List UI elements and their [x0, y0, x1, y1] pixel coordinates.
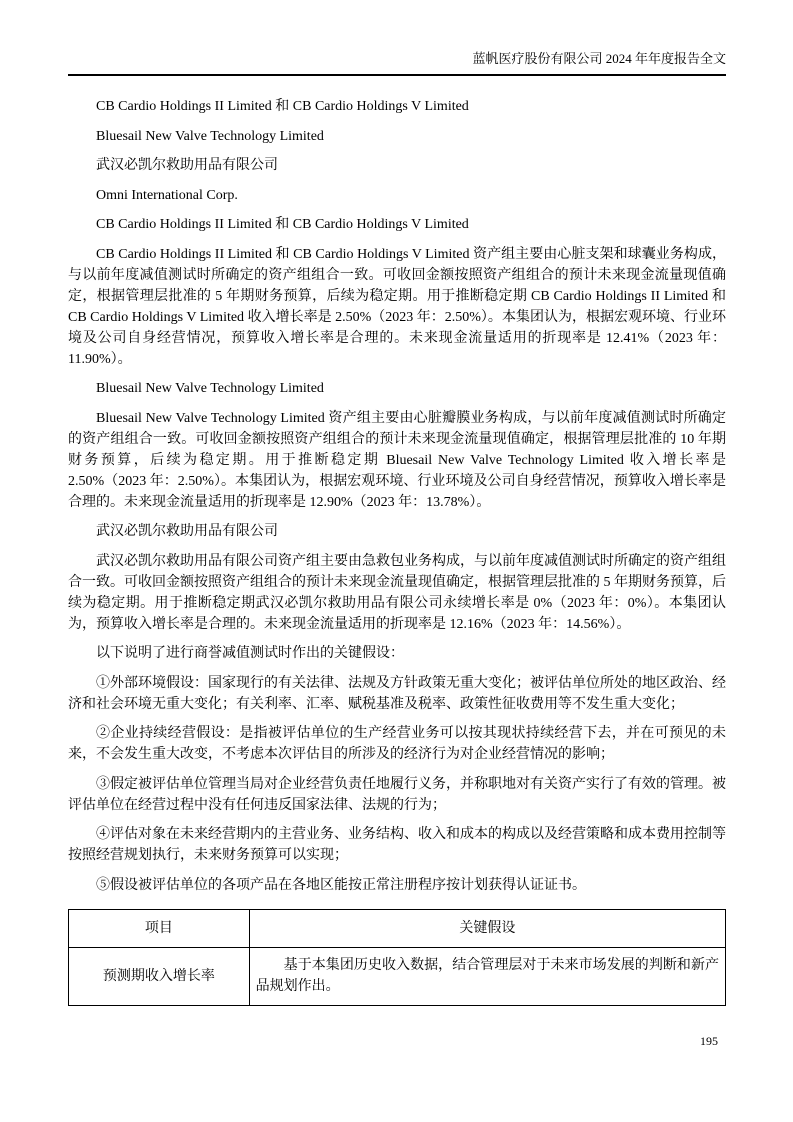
impairment-paragraph-bluesail-valve: Bluesail New Valve Technology Limited 资产… [68, 408, 726, 513]
key-assumptions-intro: 以下说明了进行商誉减值测试时作出的关键假设： [68, 643, 726, 664]
table-cell-assumption: 基于本集团历史收入数据，结合管理层对于未来市场发展的判断和新产品规划作出。 [249, 947, 725, 1005]
table-header-item: 项目 [69, 909, 250, 947]
impairment-paragraph-wuhan-bikaier: 武汉必凯尔救助用品有限公司资产组主要由急救包业务构成，与以前年度减值测试时所确定… [68, 551, 726, 635]
document-body: CB Cardio Holdings II Limited 和 CB Cardi… [68, 96, 726, 1006]
asset-group-name-cb-cardio: CB Cardio Holdings II Limited 和 CB Cardi… [68, 96, 726, 117]
page-header: 蓝帆医疗股份有限公司 2024 年年度报告全文 [68, 50, 726, 76]
table-cell-item: 预测期收入增长率 [69, 947, 250, 1005]
section-heading-wuhan-bikaier: 武汉必凯尔救助用品有限公司 [68, 521, 726, 542]
page-number: 195 [700, 1034, 718, 1048]
key-assumptions-table: 项目 关键假设 预测期收入增长率 基于本集团历史收入数据，结合管理层对于未来市场… [68, 909, 726, 1006]
assumption-item-5: ⑤假设被评估单位的各项产品在各地区能按正常注册程序按计划获得认证证书。 [68, 875, 726, 896]
document-page: 蓝帆医疗股份有限公司 2024 年年度报告全文 CB Cardio Holdin… [0, 0, 793, 1122]
impairment-paragraph-cb-cardio: CB Cardio Holdings II Limited 和 CB Cardi… [68, 244, 726, 370]
table-row: 预测期收入增长率 基于本集团历史收入数据，结合管理层对于未来市场发展的判断和新产… [69, 947, 726, 1005]
report-title: 蓝帆医疗股份有限公司 2024 年年度报告全文 [472, 51, 726, 66]
assumption-item-3: ③假定被评估单位管理当局对企业经营负责任地履行义务，并称职地对有关资产实行了有效… [68, 774, 726, 816]
asset-group-name-wuhan-bikaier: 武汉必凯尔救助用品有限公司 [68, 155, 726, 176]
assumption-item-2: ②企业持续经营假设：是指被评估单位的生产经营业务可以按其现状持续经营下去，并在可… [68, 723, 726, 765]
section-heading-bluesail-valve: Bluesail New Valve Technology Limited [68, 378, 726, 399]
section-heading-cb-cardio: CB Cardio Holdings II Limited 和 CB Cardi… [68, 214, 726, 235]
asset-group-name-omni: Omni International Corp. [68, 185, 726, 206]
table-header-row: 项目 关键假设 [69, 909, 726, 947]
assumption-item-4: ④评估对象在未来经营期内的主营业务、业务结构、收入和成本的构成以及经营策略和成本… [68, 824, 726, 866]
assumption-item-1: ①外部环境假设：国家现行的有关法律、法规及方针政策无重大变化；被评估单位所处的地… [68, 673, 726, 715]
asset-group-name-bluesail-valve: Bluesail New Valve Technology Limited [68, 126, 726, 147]
table-header-assumption: 关键假设 [249, 909, 725, 947]
